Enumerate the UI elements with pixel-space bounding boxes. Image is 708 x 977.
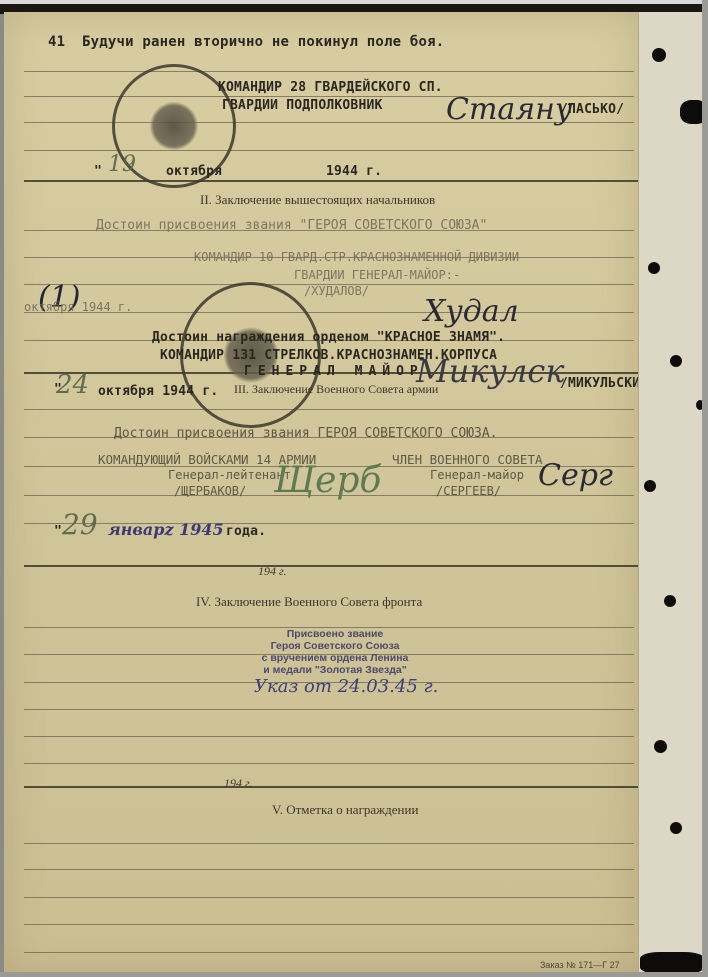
document-page: 41 Будучи ранен вторично не покинул поле…	[4, 12, 638, 974]
division-commander-name: /ХУДАЛОВ/	[304, 284, 369, 298]
corps-commander-line2: ГЕНЕРАЛ МАЙОР	[244, 364, 424, 379]
ruled-line	[24, 71, 634, 72]
date-3-day-handwritten: 29	[62, 508, 98, 541]
date-2: октября 1944 г.	[98, 384, 218, 399]
blank-date-3: 194 г.	[258, 564, 287, 579]
stamp-line: с вручением ордена Ленина	[240, 652, 430, 664]
date-3-month-handwritten: январz 1945	[108, 520, 224, 539]
council-member-signature: Серг	[538, 458, 613, 493]
council-member-name: /СЕРГЕЕВ/	[436, 484, 501, 498]
ruled-line	[24, 150, 634, 151]
date-day-handwritten: 19	[108, 152, 136, 177]
quote-mark: "	[94, 164, 102, 179]
punch-hole	[648, 262, 660, 274]
stamp-line: и медали "Золотая Звезда"	[240, 664, 430, 676]
division-commander-signature: Худал	[424, 294, 519, 329]
council-member-title: ЧЛЕН ВОЕННОГО СОВЕТА	[392, 452, 543, 467]
ruled-line	[24, 786, 639, 788]
ruled-line	[24, 565, 639, 567]
ruled-line	[24, 869, 634, 870]
section-5-heading: V. Отметка о награждении	[272, 802, 418, 818]
council-member-rank: Генерал-майор	[430, 468, 524, 482]
division-commander-line2: ГВАРДИИ ГЕНЕРАЛ-МАЙОР:-	[294, 268, 460, 282]
army-commander-rank: Генерал-лейтенант	[168, 468, 291, 482]
date-1: октября 1944 г.	[24, 300, 132, 314]
decree-handwritten: Указ от 24.03.45 г.	[254, 676, 438, 697]
quote-mark: "	[54, 524, 62, 539]
punch-hole	[652, 48, 666, 62]
commander-name: /ПАСЬКО/	[560, 102, 624, 117]
stamp-line: Героя Советского Союза	[240, 640, 430, 652]
section-2-conclusion-1: Достоин присвоения звания "ГЕРОЯ СОВЕТСК…	[96, 218, 487, 233]
section-2-conclusion-2: Достоин награждения орденом "КРАСНОЕ ЗНА…	[152, 330, 505, 345]
ruled-line	[24, 409, 634, 410]
ink-blot	[640, 952, 704, 974]
army-commander-signature: Щерб	[274, 460, 381, 501]
print-order-footer: Заказ № 171—Г 27	[540, 960, 620, 970]
line-number: 41	[48, 34, 65, 50]
ruled-line	[24, 709, 634, 710]
scan-frame-bottom	[0, 972, 708, 977]
commander-rank: ГВАРДИИ ПОДПОЛКОВНИК	[222, 98, 383, 113]
commander-title: КОМАНДИР 28 ГВАРДЕЙСКОГО СП.	[218, 80, 443, 95]
punch-hole	[670, 355, 682, 367]
citation-text: Будучи ранен вторично не покинул поле бо…	[82, 34, 444, 50]
army-commander-name: /ЩЕРБАКОВ/	[174, 484, 246, 498]
date-2-day-handwritten: 24	[56, 370, 89, 400]
ruled-line	[24, 897, 634, 898]
blank-date-4: 194 г.	[224, 776, 253, 791]
punch-hole	[670, 822, 682, 834]
ruled-line	[24, 763, 634, 764]
punch-hole	[664, 595, 676, 607]
punch-hole	[654, 740, 667, 753]
ruled-line	[24, 843, 634, 844]
award-stamp: Присвоено звание Героя Советского Союза …	[240, 628, 430, 676]
date-month: октября	[166, 164, 222, 179]
ruled-line	[24, 180, 639, 182]
commander-signature: Стаяну	[446, 92, 572, 127]
scan-frame-right	[702, 0, 708, 977]
stamp-line: Присвоено звание	[240, 628, 430, 640]
section-4-heading: IV. Заключение Военного Совета фронта	[196, 594, 422, 610]
ruled-line	[24, 924, 634, 925]
date-3-suffix: года.	[226, 524, 266, 539]
division-commander-line1: КОМАНДИР 10 ГВАРД.СТР.КРАСНОЗНАМЕННОЙ ДИ…	[194, 250, 519, 264]
punch-hole	[644, 480, 656, 492]
section-2-heading: II. Заключение вышестоящих начальников	[200, 192, 435, 208]
section-3-conclusion: Достоин присвоения звания ГЕРОЯ СОВЕТСКО…	[114, 426, 498, 441]
section-3-heading: III. Заключение Военного Совета армии	[234, 382, 438, 397]
ruled-line	[24, 952, 634, 953]
date-year: 1944 г.	[326, 164, 382, 179]
ruled-line	[24, 736, 634, 737]
